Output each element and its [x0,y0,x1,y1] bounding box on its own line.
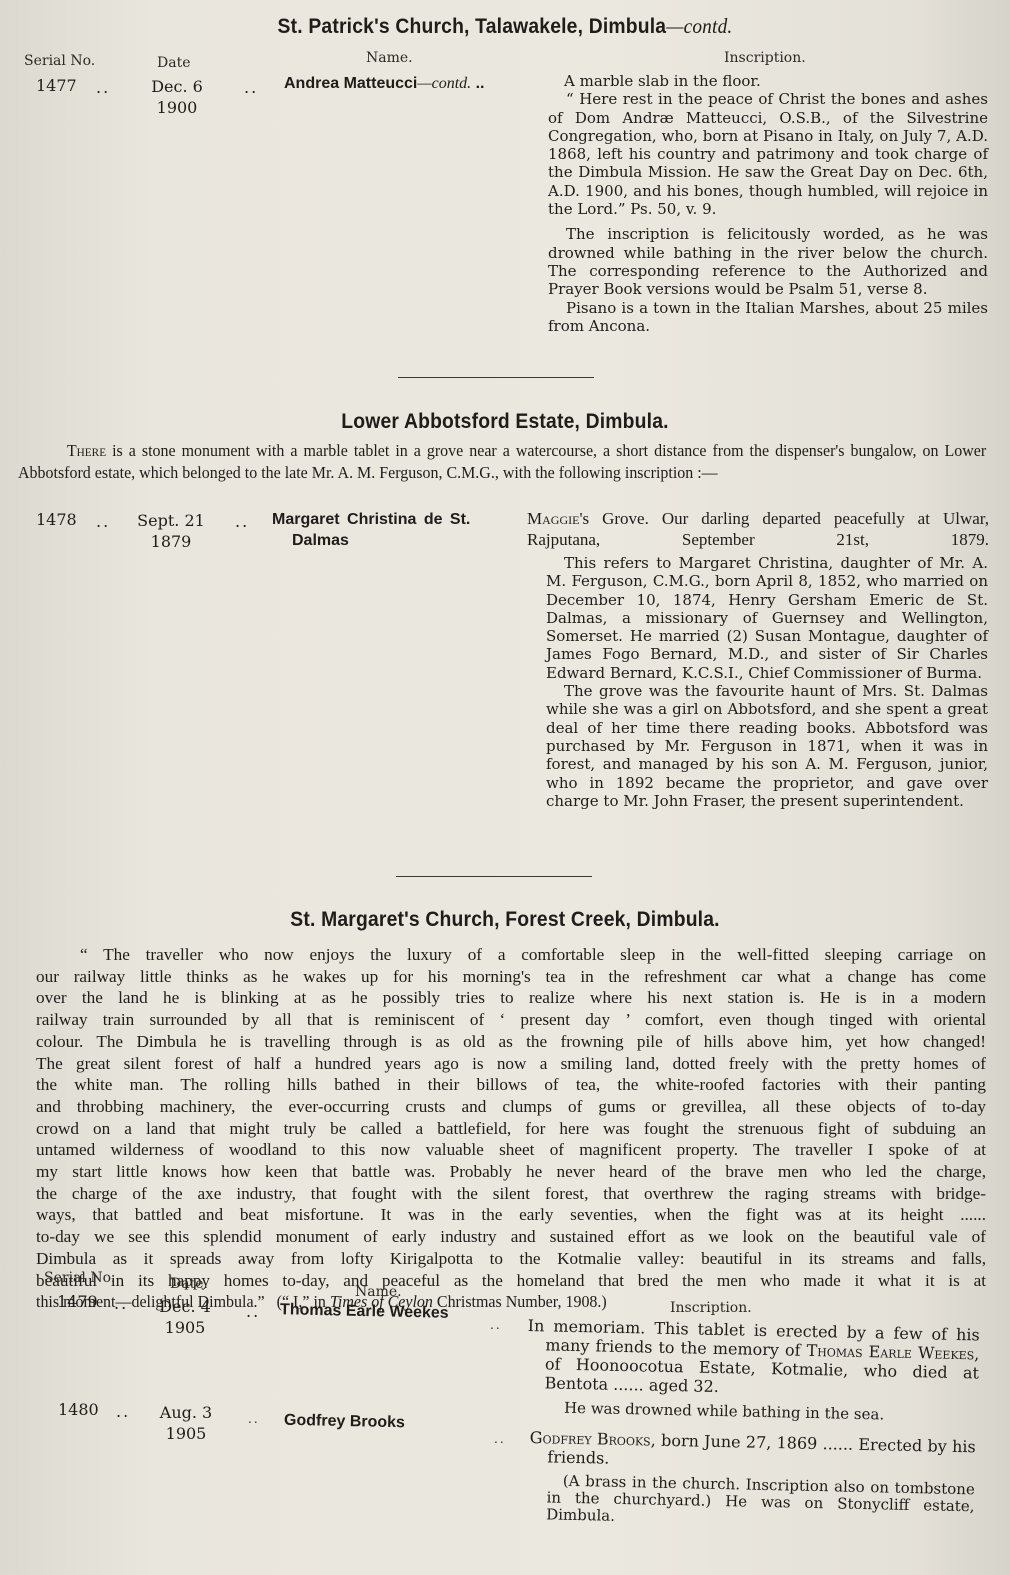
date-day: Sept. 21 [126,510,216,531]
inscription-note: The grove was the favourite haunt of Mrs… [546,682,988,810]
entry-date: Dec. 4 1905 [150,1296,220,1338]
leader-dots: .. [494,1432,506,1446]
date-year: 1905 [150,1423,222,1444]
date-day: Dec. 4 [150,1296,220,1317]
citation-suffix: Christmas Number, 1908.) [433,1292,607,1311]
inscription-note: He was drowned while bathing in the sea. [526,1398,978,1426]
quote-line: Dimbula as it spreads away from lofty Ki… [36,1248,986,1270]
entry-date: Sept. 21 1879 [126,510,216,552]
quote-line: “ The traveller who now enjoys the luxur… [36,944,986,966]
inscription-notes: This refers to Margaret Christina, daugh… [546,554,988,810]
section-quote: “ The traveller who now enjoys the luxur… [36,944,986,1313]
column-header-date: Date. [170,1276,208,1292]
inscription: Maggie's Grove. Our darling departed pea… [527,508,989,550]
quote-line: and throbbing machinery, the ever-occurr… [36,1096,986,1118]
entry-date: Dec. 6 1900 [140,76,214,118]
date-day: Dec. 6 [140,76,214,97]
inscription: Godfrey Brooks, born June 27, 1869 .....… [528,1428,976,1532]
section-heading-lower-abbotsford: Lower Abbotsford Estate, Dimbula. [40,410,969,434]
heading-contd: —contd. [666,14,732,38]
leader-dots: .. [116,1402,130,1421]
column-header-serial: Serial No. [44,1270,115,1286]
quote-line: over the land he is blinking at as he po… [36,987,986,1009]
column-header-serial: Serial No. [24,53,95,69]
entry-name: Margaret Christina de St. Dalmas [272,509,470,551]
date-year: 1900 [140,97,214,118]
column-header-name: Name. [355,1284,402,1300]
inscription: In memoriam. This tablet is erected by a… [526,1316,980,1426]
entry-name: Thomas Earle Weekes [280,1300,449,1324]
quote-line: our railway little thinks as he wakes up… [36,966,986,988]
quote-line: untamed wilderness of woodland to this n… [36,1139,986,1161]
inscription: A marble slab in the floor. “ Here rest … [548,72,988,335]
leader-dots: .. [235,512,249,531]
quote-line: the white man. The rolling hills bathed … [36,1074,986,1096]
inscription-lead: Maggie [527,509,579,528]
serial-number: 1480 [58,1400,99,1419]
name-line: Margaret Christina de St. [272,509,470,530]
serial-number: 1477 [36,76,77,95]
heading-text: St. Patrick's Church, Talawakele, Dimbul… [278,15,667,38]
quote-line: The great silent forest of half a hundre… [36,1053,986,1075]
column-header-inscription: Inscription. [670,1300,752,1316]
inscription-note: The inscription is felicitously worded, … [548,225,988,298]
date-year: 1905 [150,1317,220,1338]
inscription-text: 's Grove. Our darling departed peacefull… [527,509,989,549]
inscription-note: (A brass in the church. Inscription also… [528,1472,975,1532]
date-day: Aug. 3 [150,1402,222,1423]
serial-number: 1478 [36,510,77,529]
column-header-inscription: Inscription. [724,50,806,66]
quote-line: my start little knows how keen that batt… [36,1161,986,1183]
quote-line: colour. The Dimbula he is travelling thr… [36,1031,986,1053]
leader-dots: .. [246,1302,260,1321]
quote-line: railway train surrounded by all that is … [36,1009,986,1031]
inscription-note: This refers to Margaret Christina, daugh… [546,554,988,682]
leader-dots: .. [96,78,110,97]
section-intro: There is a stone monument with a marble … [18,440,986,484]
inscription-note: Pisano is a town in the Italian Marshes,… [548,299,988,336]
intro-lead: There [67,441,106,460]
column-header-name: Name. [366,50,413,66]
leader-dots: .. [476,75,485,92]
leader-dots: .. [490,1318,502,1332]
inscription-text: “ Here rest in the peace of Christ the b… [548,90,988,218]
date-year: 1879 [126,531,216,552]
section-heading-st-patricks: St. Patrick's Church, Talawakele, Dimbul… [40,14,969,39]
leader-dots: .. [248,1412,260,1426]
entry-name: Andrea Matteucci—contd. .. [284,74,485,94]
section-divider [398,377,594,378]
section-divider [396,876,592,877]
name-text: Andrea Matteucci [284,75,417,92]
name-line: Dalmas [272,530,470,551]
quote-line: crowd on a land that might truly be call… [36,1118,986,1140]
column-header-date: Date [157,55,190,71]
entry-date: Aug. 3 1905 [150,1402,222,1444]
name-contd: —contd. [417,75,471,92]
serial-number: 1479 [57,1292,98,1311]
quote-line: ways, that battled and beat misfortune. … [36,1204,986,1226]
leader-dots: .. [114,1294,128,1313]
inscription-name: Godfrey Brooks [530,1428,651,1450]
leader-dots: .. [96,512,110,531]
entry-name: Godfrey Brooks [284,1411,405,1434]
quote-line: to-day we see this splendid monument of … [36,1226,986,1248]
quote-line: the charge of the axe industry, that fou… [36,1183,986,1205]
inscription-line: A marble slab in the floor. [548,72,988,90]
leader-dots: .. [244,78,258,97]
intro-text: is a stone monument with a marble tablet… [18,441,986,482]
section-heading-st-margarets: St. Margaret's Church, Forest Creek, Dim… [40,908,969,932]
